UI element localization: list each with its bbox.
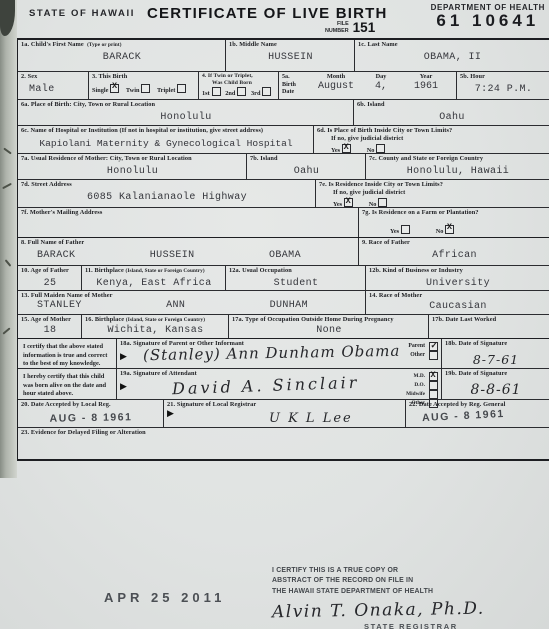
field-2-sex: 2. Sex Male (18, 72, 88, 99)
checkbox-no: X (445, 225, 454, 234)
field-label: 12a. Usual Occupation (229, 267, 363, 275)
row-father-details: 10. Age of Father 25 11. Birthplace (Isl… (18, 265, 549, 290)
file-number-label: FILENUMBER (325, 21, 349, 33)
row-parent-signature: I certify that the above stated informat… (18, 338, 549, 368)
field-label: 13. Full Maiden Name of Mother (21, 292, 363, 300)
row-hospital: 6c. Name of Hospital or Institution (If … (18, 125, 549, 153)
certificate-number: 61 10641 (431, 11, 545, 31)
value-father-birthplace: Kenya, East Africa (85, 278, 223, 289)
field-5b-hour: 5b. Hour 7:24 P.M. (456, 72, 549, 99)
field-21-local-registrar-signature: 21. Signature of Local Registrar ▶ U K L… (163, 400, 405, 427)
value-father-race: African (362, 250, 547, 261)
field-20-date-accepted-local: 20. Date Accepted by Local Reg. AUG - 8 … (18, 400, 163, 427)
checkbox-parent: ✓ (429, 342, 438, 351)
value-child-first-name: BARACK (21, 52, 223, 63)
row-sex-birthdate: 2. Sex Male 3. This Birth SingleX Twin T… (18, 71, 549, 99)
value-date-19b: 8-8-61 (445, 382, 547, 398)
value-hospital: Kapiolani Maternity & Gynecological Hosp… (21, 138, 311, 149)
field-14-mother-race: 14. Race of Mother Caucasian (365, 291, 549, 314)
field-label: 7a. Usual Residence of Mother: City, Tow… (21, 155, 244, 163)
value-mother-birthplace: Wichita, Kansas (85, 325, 226, 336)
value-hour: 7:24 P.M. (460, 84, 547, 95)
field-label: 8. Full Name of Father (21, 239, 356, 247)
field-label: 7b. Island (250, 155, 363, 163)
field-12b-father-industry: 12b. Kind of Business or Industry Univer… (365, 266, 549, 290)
value-sex: Male (21, 84, 86, 95)
field-label: 14. Race of Mother (369, 292, 547, 300)
field-label: 5b. Hour (460, 73, 547, 81)
certification-stamp-block: I CERTIFY THIS IS A TRUE COPY OR ABSTRAC… (272, 566, 540, 629)
field-10-father-age: 10. Age of Father 25 (18, 266, 81, 290)
field-15-mother-age: 15. Age of Mother 18 (18, 315, 81, 338)
value-island-7b: Oahu (250, 166, 363, 177)
field-17a-mother-occupation: 17a. Type of Occupation Outside Home Dur… (228, 315, 428, 338)
field-1b-middle-name: 1b. Middle Name HUSSEIN (225, 40, 354, 71)
field-6d-inside-limits: 6d. Is Place of Birth Inside City or Tow… (313, 126, 549, 153)
checkbox-midwife (429, 390, 438, 399)
field-6c-hospital: 6c. Name of Hospital or Institution (If … (18, 126, 313, 153)
field-22-date-accepted-general: 22. Date Accepted by Reg. General AUG - … (405, 400, 549, 427)
checkbox-1st (212, 87, 221, 96)
field-7a-mother-residence: 7a. Usual Residence of Mother: City, Tow… (18, 154, 246, 179)
parent-certification-statement: I certify that the above stated informat… (18, 339, 116, 368)
field-label: 7e. Is Residence Inside City or Town Lim… (319, 181, 547, 189)
arrow-icon: ▶ (167, 408, 174, 419)
value-middle-name: HUSSEIN (229, 52, 352, 63)
field-7d-street-address: 7d. Street Address 6085 Kalanianaole Hig… (18, 180, 315, 207)
certify-text-line: I CERTIFY THIS IS A TRUE COPY OR (272, 566, 540, 576)
field-label: 7d. Street Address (21, 181, 313, 189)
field-label: 20. Date Accepted by Local Reg. (21, 401, 161, 409)
row-place-of-birth: 6a. Place of Birth: City, Town or Rural … (18, 99, 549, 125)
row-father-name: 8. Full Name of Father BARACKHUSSEINOBAM… (18, 237, 549, 265)
value-mother-age: 18 (21, 325, 79, 336)
row-mother-name: 13. Full Maiden Name of Mother STANLEYAN… (18, 290, 549, 314)
field-1a-child-first-name: 1a. Child's First Name (Type or print) B… (18, 40, 225, 71)
birth-day: Day4, (364, 73, 398, 99)
value-father-name: BARACKHUSSEINOBAMA (21, 248, 356, 261)
field-label: 5a.BirthDate (282, 73, 308, 99)
checkbox-yes (401, 225, 410, 234)
value-father-occupation: Student (229, 278, 363, 289)
yes-no-options: Yes NoX (390, 225, 547, 235)
informant-checkboxes: Parent✓ Other (408, 342, 438, 360)
checkbox-yes: X (344, 198, 353, 207)
field-7e-inside-limits: 7e. Is Residence Inside City or Town Lim… (315, 180, 549, 207)
field-sublabel: If no, give judicial district (331, 135, 547, 143)
field-13-mother-name: 13. Full Maiden Name of Mother STANLEYAN… (18, 291, 365, 314)
field-label: 6b. Island (357, 101, 547, 109)
value-county-state: Honolulu, Hawaii (369, 166, 547, 177)
field-19b-date-of-signature: 19b. Date of Signature 8-8-61 (441, 369, 549, 399)
value-father-age: 25 (21, 278, 79, 289)
received-date-stamp: APR 25 2011 (104, 590, 225, 605)
checkbox-md: X (429, 372, 438, 381)
value-mother-occupation: None (232, 325, 426, 336)
file-number-block: FILENUMBER 151 (325, 20, 375, 35)
certificate-form: STATE OF HAWAII CERTIFICATE OF LIVE BIRT… (17, 0, 549, 461)
arrow-icon: ▶ (120, 351, 127, 362)
field-label: 1c. Last Name (358, 41, 547, 49)
value-street-address: 6085 Kalanianaole Highway (21, 192, 313, 203)
field-9-father-race: 9. Race of Father African (358, 238, 549, 265)
local-date-stamp: AUG - 8 1961 (21, 410, 161, 424)
row-mother-details: 15. Age of Mother 18 16. Birthplace (Isl… (18, 314, 549, 338)
field-label: 1a. Child's First Name (Type or print) (21, 41, 223, 49)
parent-signature-script: (Stanley) Ann Dunham Obama (143, 342, 401, 364)
field-12a-father-occupation: 12a. Usual Occupation Student (225, 266, 365, 290)
field-label: 21. Signature of Local Registrar (167, 401, 403, 409)
field-18a-parent-signature: 18a. Signature of Parent or Other Inform… (116, 339, 441, 368)
this-birth-options: SingleX Twin Triplet (92, 84, 196, 94)
field-label: 17b. Date Last Worked (432, 316, 547, 324)
field-16-mother-birthplace: 16. Birthplace (Island, State or Foreign… (81, 315, 228, 338)
field-7f-mailing-address: 7f. Mother's Mailing Address (18, 208, 358, 237)
field-label: 12b. Kind of Business or Industry (369, 267, 547, 275)
field-5a-birth-date: 5a.BirthDate MonthAugust Day4, Year1961 (278, 72, 456, 99)
state-title: STATE OF HAWAII (29, 8, 135, 19)
field-11-father-birthplace: 11. Birthplace (Island, State or Foreign… (81, 266, 225, 290)
birth-year: Year1961 (398, 73, 454, 99)
field-17b-date-last-worked: 17b. Date Last Worked (428, 315, 549, 338)
field-label: 7f. Mother's Mailing Address (21, 209, 356, 217)
field-6b-island: 6b. Island Oahu (353, 100, 549, 125)
field-label: 23. Evidence for Delayed Filing or Alter… (21, 429, 547, 437)
value-mother-race: Caucasian (369, 301, 547, 312)
field-label: 7g. Is Residence on a Farm or Plantation… (362, 209, 547, 217)
field-label: 7c. County and State or Foreign Country (369, 155, 547, 163)
field-label: 10. Age of Father (21, 267, 79, 275)
field-sublabel: If no, give judicial district (333, 189, 547, 197)
field-3-this-birth: 3. This Birth SingleX Twin Triplet (88, 72, 198, 99)
field-19a-attendant-signature: 19a. Signature of Attendant ▶ David A. S… (116, 369, 441, 399)
row-evidence: 23. Evidence for Delayed Filing or Alter… (18, 427, 549, 459)
field-label: 6d. Is Place of Birth Inside City or Tow… (317, 127, 547, 135)
field-label: 15. Age of Mother (21, 316, 79, 324)
field-4-twin-order: 4. If Twin or Triplet,Was Child Born 1st… (198, 72, 278, 99)
department-block: DEPARTMENT OF HEALTH 61 10641 (431, 3, 545, 31)
value-island-6b: Oahu (357, 112, 547, 123)
field-label: 4. If Twin or Triplet,Was Child Born (202, 73, 276, 86)
checkbox-triplet (177, 84, 186, 93)
field-23-evidence: 23. Evidence for Delayed Filing or Alter… (18, 428, 549, 459)
general-date-stamp: AUG - 8 1961 (422, 408, 505, 424)
form-header: STATE OF HAWAII CERTIFICATE OF LIVE BIRT… (17, 0, 549, 38)
row-child-name: 1a. Child's First Name (Type or print) B… (18, 40, 549, 71)
certify-text-line: ABSTRACT OF THE RECORD ON FILE IN (272, 576, 540, 586)
field-label: 11. Birthplace (Island, State or Foreign… (85, 267, 223, 275)
state-registrar-title: STATE REGISTRAR (364, 622, 540, 629)
value-mother-name: STANLEYANNDUNHAM (21, 300, 363, 311)
state-registrar-signature-script: Alvin T. Onaka, Ph.D. (272, 598, 540, 623)
row-street-address: 7d. Street Address 6085 Kalanianaole Hig… (18, 179, 549, 207)
field-7g-farm-plantation: 7g. Is Residence on a Farm or Plantation… (358, 208, 549, 237)
checkbox-do (429, 381, 438, 390)
page-edge (0, 0, 17, 478)
field-label: 3. This Birth (92, 73, 196, 81)
arrow-icon: ▶ (120, 381, 127, 392)
field-label: 22. Date Accepted by Reg. General (409, 401, 547, 409)
field-label: 9. Race of Father (362, 239, 547, 247)
field-6a-place-of-birth: 6a. Place of Birth: City, Town or Rural … (18, 100, 353, 125)
checkbox-yes: X (342, 144, 351, 153)
row-mailing-address: 7f. Mother's Mailing Address 7g. Is Resi… (18, 207, 549, 237)
row-attendant-signature: I hereby certify that this child was bor… (18, 368, 549, 399)
local-registrar-signature-script: U K L Lee (269, 411, 353, 426)
field-label: 17a. Type of Occupation Outside Home Dur… (232, 316, 426, 324)
field-7b-island: 7b. Island Oahu (246, 154, 365, 179)
field-label: 18b. Date of Signature (445, 340, 547, 348)
checkbox-2nd (237, 87, 246, 96)
field-label: 1b. Middle Name (229, 41, 352, 49)
field-label: 6c. Name of Hospital or Institution (If … (21, 127, 311, 135)
checkbox-twin (141, 84, 150, 93)
value-mother-residence: Honolulu (21, 166, 244, 177)
checkbox-no (376, 144, 385, 153)
twin-order-options: 1st 2nd 3rd (202, 87, 276, 97)
field-1c-last-name: 1c. Last Name OBAMA, II (354, 40, 549, 71)
checkbox-other (429, 351, 438, 360)
file-number-value: 151 (353, 20, 376, 35)
value-last-name: OBAMA, II (358, 52, 547, 63)
checkbox-no (378, 198, 387, 207)
form-body: 1a. Child's First Name (Type or print) B… (17, 38, 549, 461)
field-18b-date-of-signature: 18b. Date of Signature 8-7-61 (441, 339, 549, 368)
attendant-certification-statement: I hereby certify that this child was bor… (18, 369, 116, 399)
field-label: 2. Sex (21, 73, 86, 81)
field-label: 19b. Date of Signature (445, 370, 547, 378)
certify-text-line: THE HAWAII STATE DEPARTMENT OF HEALTH (272, 587, 540, 597)
field-8-father-name: 8. Full Name of Father BARACKHUSSEINOBAM… (18, 238, 358, 265)
value-date-18b: 8-7-61 (445, 352, 547, 367)
scanned-birth-certificate: STATE OF HAWAII CERTIFICATE OF LIVE BIRT… (0, 0, 549, 629)
value-place-of-birth: Honolulu (21, 112, 351, 123)
row-mother-residence: 7a. Usual Residence of Mother: City, Tow… (18, 153, 549, 179)
field-7c-county-state: 7c. County and State or Foreign Country … (365, 154, 549, 179)
birth-month: MonthAugust (308, 73, 364, 99)
checkbox-3rd (262, 87, 271, 96)
field-label: 16. Birthplace (Island, State or Foreign… (85, 316, 226, 324)
row-registrar: 20. Date Accepted by Local Reg. AUG - 8 … (18, 399, 549, 427)
field-label: 6a. Place of Birth: City, Town or Rural … (21, 101, 351, 109)
checkbox-single: X (110, 84, 119, 93)
value-father-industry: University (369, 278, 547, 289)
